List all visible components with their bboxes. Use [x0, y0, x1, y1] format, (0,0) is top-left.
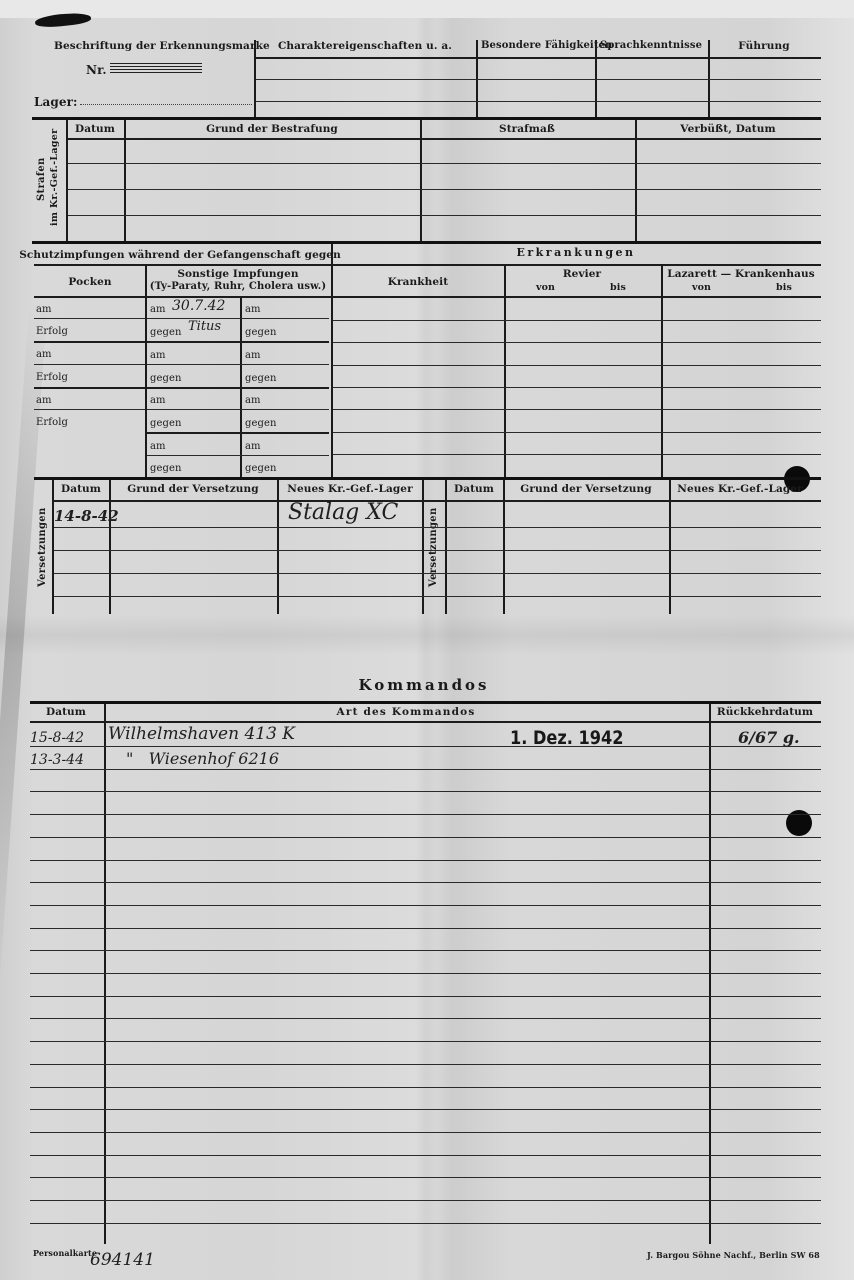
- date-stamp: 1. Dez. 1942: [510, 727, 623, 749]
- rule: [30, 1041, 821, 1042]
- pocken-erfolg-label: Erfolg: [36, 326, 68, 337]
- handwritten-return-date: 6/67 g.: [738, 728, 800, 747]
- rule: [34, 409, 145, 410]
- rule: [30, 769, 821, 770]
- von-label: von: [536, 282, 555, 293]
- rule: [54, 500, 821, 502]
- rule: [30, 1018, 821, 1019]
- pocken-erfolg-label: Erfolg: [36, 417, 68, 428]
- rule: [68, 138, 821, 140]
- other-gegen-label: gegen: [150, 327, 182, 338]
- rule: [30, 1109, 821, 1110]
- section-title: Schutzimpfungen während der Gefangenscha…: [19, 249, 341, 261]
- rule: [30, 1064, 821, 1065]
- column-header: Pocken: [68, 276, 111, 288]
- rule: [30, 1155, 821, 1156]
- column-header: Grund der Versetzung: [520, 483, 651, 495]
- handwritten-kommando-date: 13-3-44: [30, 752, 84, 768]
- side-label: Strafen: [36, 157, 47, 201]
- rule: [30, 1087, 821, 1088]
- section-title: Erkrankungen: [516, 246, 635, 259]
- fold-crease-vertical: [416, 18, 436, 1280]
- divider: [104, 704, 106, 1244]
- side-label: Versetzungen: [37, 507, 48, 587]
- identity-tag-label: Beschriftung der Erkennungsmarke: [54, 40, 270, 52]
- rule: [32, 117, 821, 120]
- pocken-erfolg-label: Erfolg: [36, 372, 68, 383]
- other-gegen-label: gegen: [150, 418, 182, 429]
- rule: [30, 882, 821, 883]
- other-am-label: am: [245, 441, 261, 452]
- other-gegen-label: gegen: [245, 418, 277, 429]
- form-label: Personalkarte: [33, 1248, 97, 1258]
- rule: [147, 387, 329, 389]
- rule: [147, 455, 329, 456]
- handwritten-kommando-place: Wilhelmshaven 413 K: [108, 724, 295, 744]
- rule: [30, 1132, 821, 1133]
- bis-label: bis: [610, 282, 626, 293]
- rule: [30, 791, 821, 792]
- column-header: Neues Kr.-Gef.-Lager: [677, 483, 802, 495]
- bis-label: bis: [776, 282, 792, 293]
- column-header: Krankheit: [388, 276, 448, 288]
- rule: [147, 318, 329, 319]
- handwritten-transfer-date: 14-8-42: [54, 507, 119, 525]
- rule: [30, 1177, 821, 1178]
- von-label: von: [692, 282, 711, 293]
- column-header: (Ty-Paraty, Ruhr, Cholera usw.): [150, 281, 326, 292]
- column-header: Datum: [61, 483, 101, 495]
- column-header: Sonstige Impfungen: [177, 268, 298, 280]
- rule: [333, 454, 821, 455]
- rule: [30, 905, 821, 906]
- other-am-label: am: [150, 304, 166, 315]
- nr-field[interactable]: [110, 63, 202, 75]
- handwritten-new-camp: Stalag XC: [288, 500, 398, 525]
- other-gegen-label: gegen: [245, 327, 277, 338]
- rule: [30, 1200, 821, 1201]
- rule: [256, 101, 821, 102]
- column-header: Art des Kommandos: [337, 706, 476, 718]
- rule: [256, 57, 821, 59]
- column-header: Besondere Fähigkeiten: [481, 40, 612, 51]
- rule: [30, 973, 821, 974]
- rule: [333, 409, 821, 410]
- handwritten-kommando-date: 15-8-42: [30, 730, 84, 746]
- rule: [54, 550, 821, 551]
- rule: [30, 814, 821, 815]
- column-header: Verbüßt, Datum: [680, 123, 775, 135]
- rule: [68, 163, 821, 164]
- other-am-label: am: [245, 350, 261, 361]
- pocken-am-label: am: [36, 349, 52, 360]
- other-gegen-label: gegen: [245, 463, 277, 474]
- divider: [709, 704, 711, 1244]
- column-header: Grund der Bestrafung: [206, 123, 338, 135]
- divider: [504, 264, 506, 478]
- pocken-am-label: am: [36, 395, 52, 406]
- other-am-label: am: [150, 395, 166, 406]
- column-header: Datum: [454, 483, 494, 495]
- rule: [30, 746, 821, 747]
- column-header: Rückkehrdatum: [717, 706, 813, 718]
- printer-imprint: J. Bargou Söhne Nachf., Berlin SW 68: [647, 1250, 820, 1260]
- rule: [333, 365, 821, 366]
- column-header: Lazarett — Krankenhaus: [667, 268, 815, 280]
- handwritten-date: 30.7.42: [172, 298, 225, 314]
- other-gegen-label: gegen: [150, 373, 182, 384]
- rule: [147, 432, 329, 434]
- column-header: Datum: [46, 706, 86, 718]
- column-header: Charaktereigenschaften u. a.: [278, 40, 452, 52]
- rule: [34, 264, 821, 266]
- rule: [68, 215, 821, 216]
- rule: [30, 928, 821, 929]
- section-title: Kommandos: [358, 676, 489, 694]
- column-header: Sprachkenntnisse: [600, 40, 702, 51]
- divider: [661, 264, 663, 478]
- column-header: Neues Kr.-Gef.-Lager: [287, 483, 412, 495]
- column-header: Grund der Versetzung: [127, 483, 258, 495]
- other-am-label: am: [245, 304, 261, 315]
- handwritten-form-number: 694141: [90, 1250, 155, 1270]
- rule: [333, 320, 821, 321]
- rule: [30, 837, 821, 838]
- rule: [34, 387, 145, 389]
- rule: [54, 527, 821, 528]
- rule: [30, 1223, 821, 1224]
- rule: [34, 341, 145, 343]
- handwritten-kommando-place: " Wiesenhof 6216: [126, 749, 279, 768]
- rule: [333, 387, 821, 388]
- rule: [34, 477, 821, 480]
- rule: [30, 860, 821, 861]
- lager-field[interactable]: [80, 104, 252, 105]
- column-header: Führung: [738, 40, 789, 52]
- nr-label: Nr.: [86, 63, 107, 77]
- divider: [331, 244, 333, 478]
- rule: [54, 596, 821, 597]
- rule: [54, 573, 821, 574]
- rule: [30, 950, 821, 951]
- rule: [30, 721, 821, 723]
- column-header: Datum: [75, 123, 115, 135]
- rule: [256, 79, 821, 80]
- handwritten-disease: Titus: [188, 319, 221, 334]
- rule: [147, 364, 329, 365]
- side-label: Versetzungen: [428, 507, 439, 587]
- column-header: Strafmaß: [499, 123, 555, 135]
- rule: [68, 189, 821, 190]
- side-label: im Kr.-Gef.-Lager: [49, 129, 60, 226]
- other-gegen-label: gegen: [150, 463, 182, 474]
- lager-label: Lager:: [34, 95, 78, 109]
- rule: [30, 701, 821, 704]
- rule: [34, 364, 145, 365]
- rule: [30, 996, 821, 997]
- rule: [32, 241, 821, 244]
- rule: [147, 409, 329, 410]
- column-header: Revier: [563, 268, 601, 280]
- rule: [333, 432, 821, 433]
- other-am-label: am: [150, 350, 166, 361]
- other-gegen-label: gegen: [245, 373, 277, 384]
- pocken-am-label: am: [36, 304, 52, 315]
- rule: [147, 341, 329, 343]
- other-am-label: am: [150, 441, 166, 452]
- other-am-label: am: [245, 395, 261, 406]
- rule: [333, 342, 821, 343]
- rule: [34, 318, 145, 319]
- rule: [34, 296, 821, 298]
